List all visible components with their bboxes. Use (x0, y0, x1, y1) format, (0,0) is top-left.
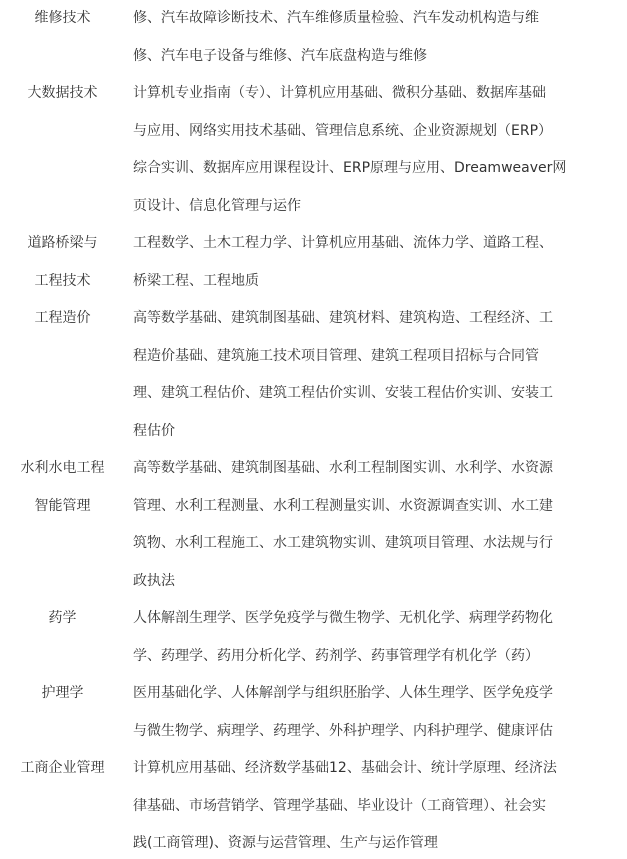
major-name: 护理学 (0, 675, 125, 713)
course-line: 桥梁工程、工程地质 (133, 263, 563, 301)
course-line: 政执法 (133, 563, 563, 601)
table-row: 护理学 医用基础化学、人体解剖学与组织胚胎学、人体生理学、医学免疫学 与微生物学… (0, 675, 627, 750)
major-name: 道路桥梁与 工程技术 (0, 225, 125, 300)
major-name-line: 工程技术 (0, 263, 125, 301)
major-name: 工商企业管理 (0, 750, 125, 788)
course-list: 医用基础化学、人体解剖学与组织胚胎学、人体生理学、医学免疫学 与微生物学、病理学… (133, 675, 563, 750)
course-line: 理、建筑工程估价、建筑工程估价实训、安装工程估价实训、安装工 (133, 375, 563, 413)
course-list: 工程数学、土木工程力学、计算机应用基础、流体力学、道路工程、 桥梁工程、工程地质 (133, 225, 563, 300)
course-line: 学、药理学、药用分析化学、药剂学、药事管理学有机化学（药） (133, 638, 563, 676)
course-line: 筑物、水利工程施工、水工建筑物实训、建筑项目管理、水法规与行 (133, 525, 563, 563)
table-row: 工商企业管理 计算机应用基础、经济数学基础12、基础会计、统计学原理、经济法 律… (0, 750, 627, 859)
course-line: 医用基础化学、人体解剖学与组织胚胎学、人体生理学、医学免疫学 (133, 675, 563, 713)
course-line: 程估价 (133, 413, 563, 451)
table-row: 道路桥梁与 工程技术 工程数学、土木工程力学、计算机应用基础、流体力学、道路工程… (0, 225, 627, 300)
table-row: 药学 人体解剖生理学、医学免疫学与微生物学、无机化学、病理学药物化 学、药理学、… (0, 600, 627, 675)
major-course-table: 维修技术 修、汽车故障诊断技术、汽车维修质量检验、汽车发动机构造与维 修、汽车电… (0, 0, 627, 859)
major-name: 大数据技术 (0, 75, 125, 113)
course-line: 工程数学、土木工程力学、计算机应用基础、流体力学、道路工程、 (133, 225, 563, 263)
course-line: 高等数学基础、建筑制图基础、水利工程制图实训、水利学、水资源 (133, 450, 563, 488)
course-line: 管理、水利工程测量、水利工程测量实训、水资源调查实训、水工建 (133, 488, 563, 526)
major-name: 维修技术 (0, 0, 125, 38)
course-list: 人体解剖生理学、医学免疫学与微生物学、无机化学、病理学药物化 学、药理学、药用分… (133, 600, 563, 675)
table-row: 大数据技术 计算机专业指南（专）、计算机应用基础、微积分基础、数据库基础 与应用… (0, 75, 627, 225)
course-line: 修、汽车故障诊断技术、汽车维修质量检验、汽车发动机构造与维 (133, 0, 563, 38)
course-list: 高等数学基础、建筑制图基础、水利工程制图实训、水利学、水资源 管理、水利工程测量… (133, 450, 563, 600)
course-line: 律基础、市场营销学、管理学基础、毕业设计（工商管理）、社会实 (133, 788, 563, 826)
course-line: 与微生物学、病理学、药理学、外科护理学、内科护理学、健康评估 (133, 713, 563, 751)
course-line: 计算机专业指南（专）、计算机应用基础、微积分基础、数据库基础 (133, 75, 563, 113)
course-line: 综合实训、数据库应用课程设计、ERP原理与应用、Dreamweaver网 (133, 150, 563, 188)
major-name-line: 工程造价 (0, 300, 125, 338)
major-name-line: 护理学 (0, 675, 125, 713)
major-name: 水利水电工程 智能管理 (0, 450, 125, 525)
course-list: 高等数学基础、建筑制图基础、建筑材料、建筑构造、工程经济、工 程造价基础、建筑施… (133, 300, 563, 450)
course-line: 页设计、信息化管理与运作 (133, 188, 563, 226)
course-list: 修、汽车故障诊断技术、汽车维修质量检验、汽车发动机构造与维 修、汽车电子设备与维… (133, 0, 563, 75)
table-row: 维修技术 修、汽车故障诊断技术、汽车维修质量检验、汽车发动机构造与维 修、汽车电… (0, 0, 627, 75)
major-name-line: 智能管理 (0, 488, 125, 526)
course-line: 程造价基础、建筑施工技术项目管理、建筑工程项目招标与合同管 (133, 338, 563, 376)
course-line: 修、汽车电子设备与维修、汽车底盘构造与维修 (133, 38, 563, 76)
major-name-line: 工商企业管理 (0, 750, 125, 788)
major-name-line: 药学 (0, 600, 125, 638)
major-name: 工程造价 (0, 300, 125, 338)
major-name-line: 大数据技术 (0, 75, 125, 113)
course-line: 人体解剖生理学、医学免疫学与微生物学、无机化学、病理学药物化 (133, 600, 563, 638)
major-name-line: 水利水电工程 (0, 450, 125, 488)
major-name-line: 道路桥梁与 (0, 225, 125, 263)
course-list: 计算机应用基础、经济数学基础12、基础会计、统计学原理、经济法 律基础、市场营销… (133, 750, 563, 859)
course-line: 计算机应用基础、经济数学基础12、基础会计、统计学原理、经济法 (133, 750, 563, 788)
table-row: 水利水电工程 智能管理 高等数学基础、建筑制图基础、水利工程制图实训、水利学、水… (0, 450, 627, 600)
course-list: 计算机专业指南（专）、计算机应用基础、微积分基础、数据库基础 与应用、网络实用技… (133, 75, 563, 225)
course-line: 高等数学基础、建筑制图基础、建筑材料、建筑构造、工程经济、工 (133, 300, 563, 338)
table-row: 工程造价 高等数学基础、建筑制图基础、建筑材料、建筑构造、工程经济、工 程造价基… (0, 300, 627, 450)
course-line: 与应用、网络实用技术基础、管理信息系统、企业资源规划（ERP） (133, 113, 563, 151)
course-line: 践(工商管理)、资源与运营管理、生产与运作管理 (133, 825, 563, 859)
major-name-line: 维修技术 (0, 0, 125, 38)
major-name: 药学 (0, 600, 125, 638)
